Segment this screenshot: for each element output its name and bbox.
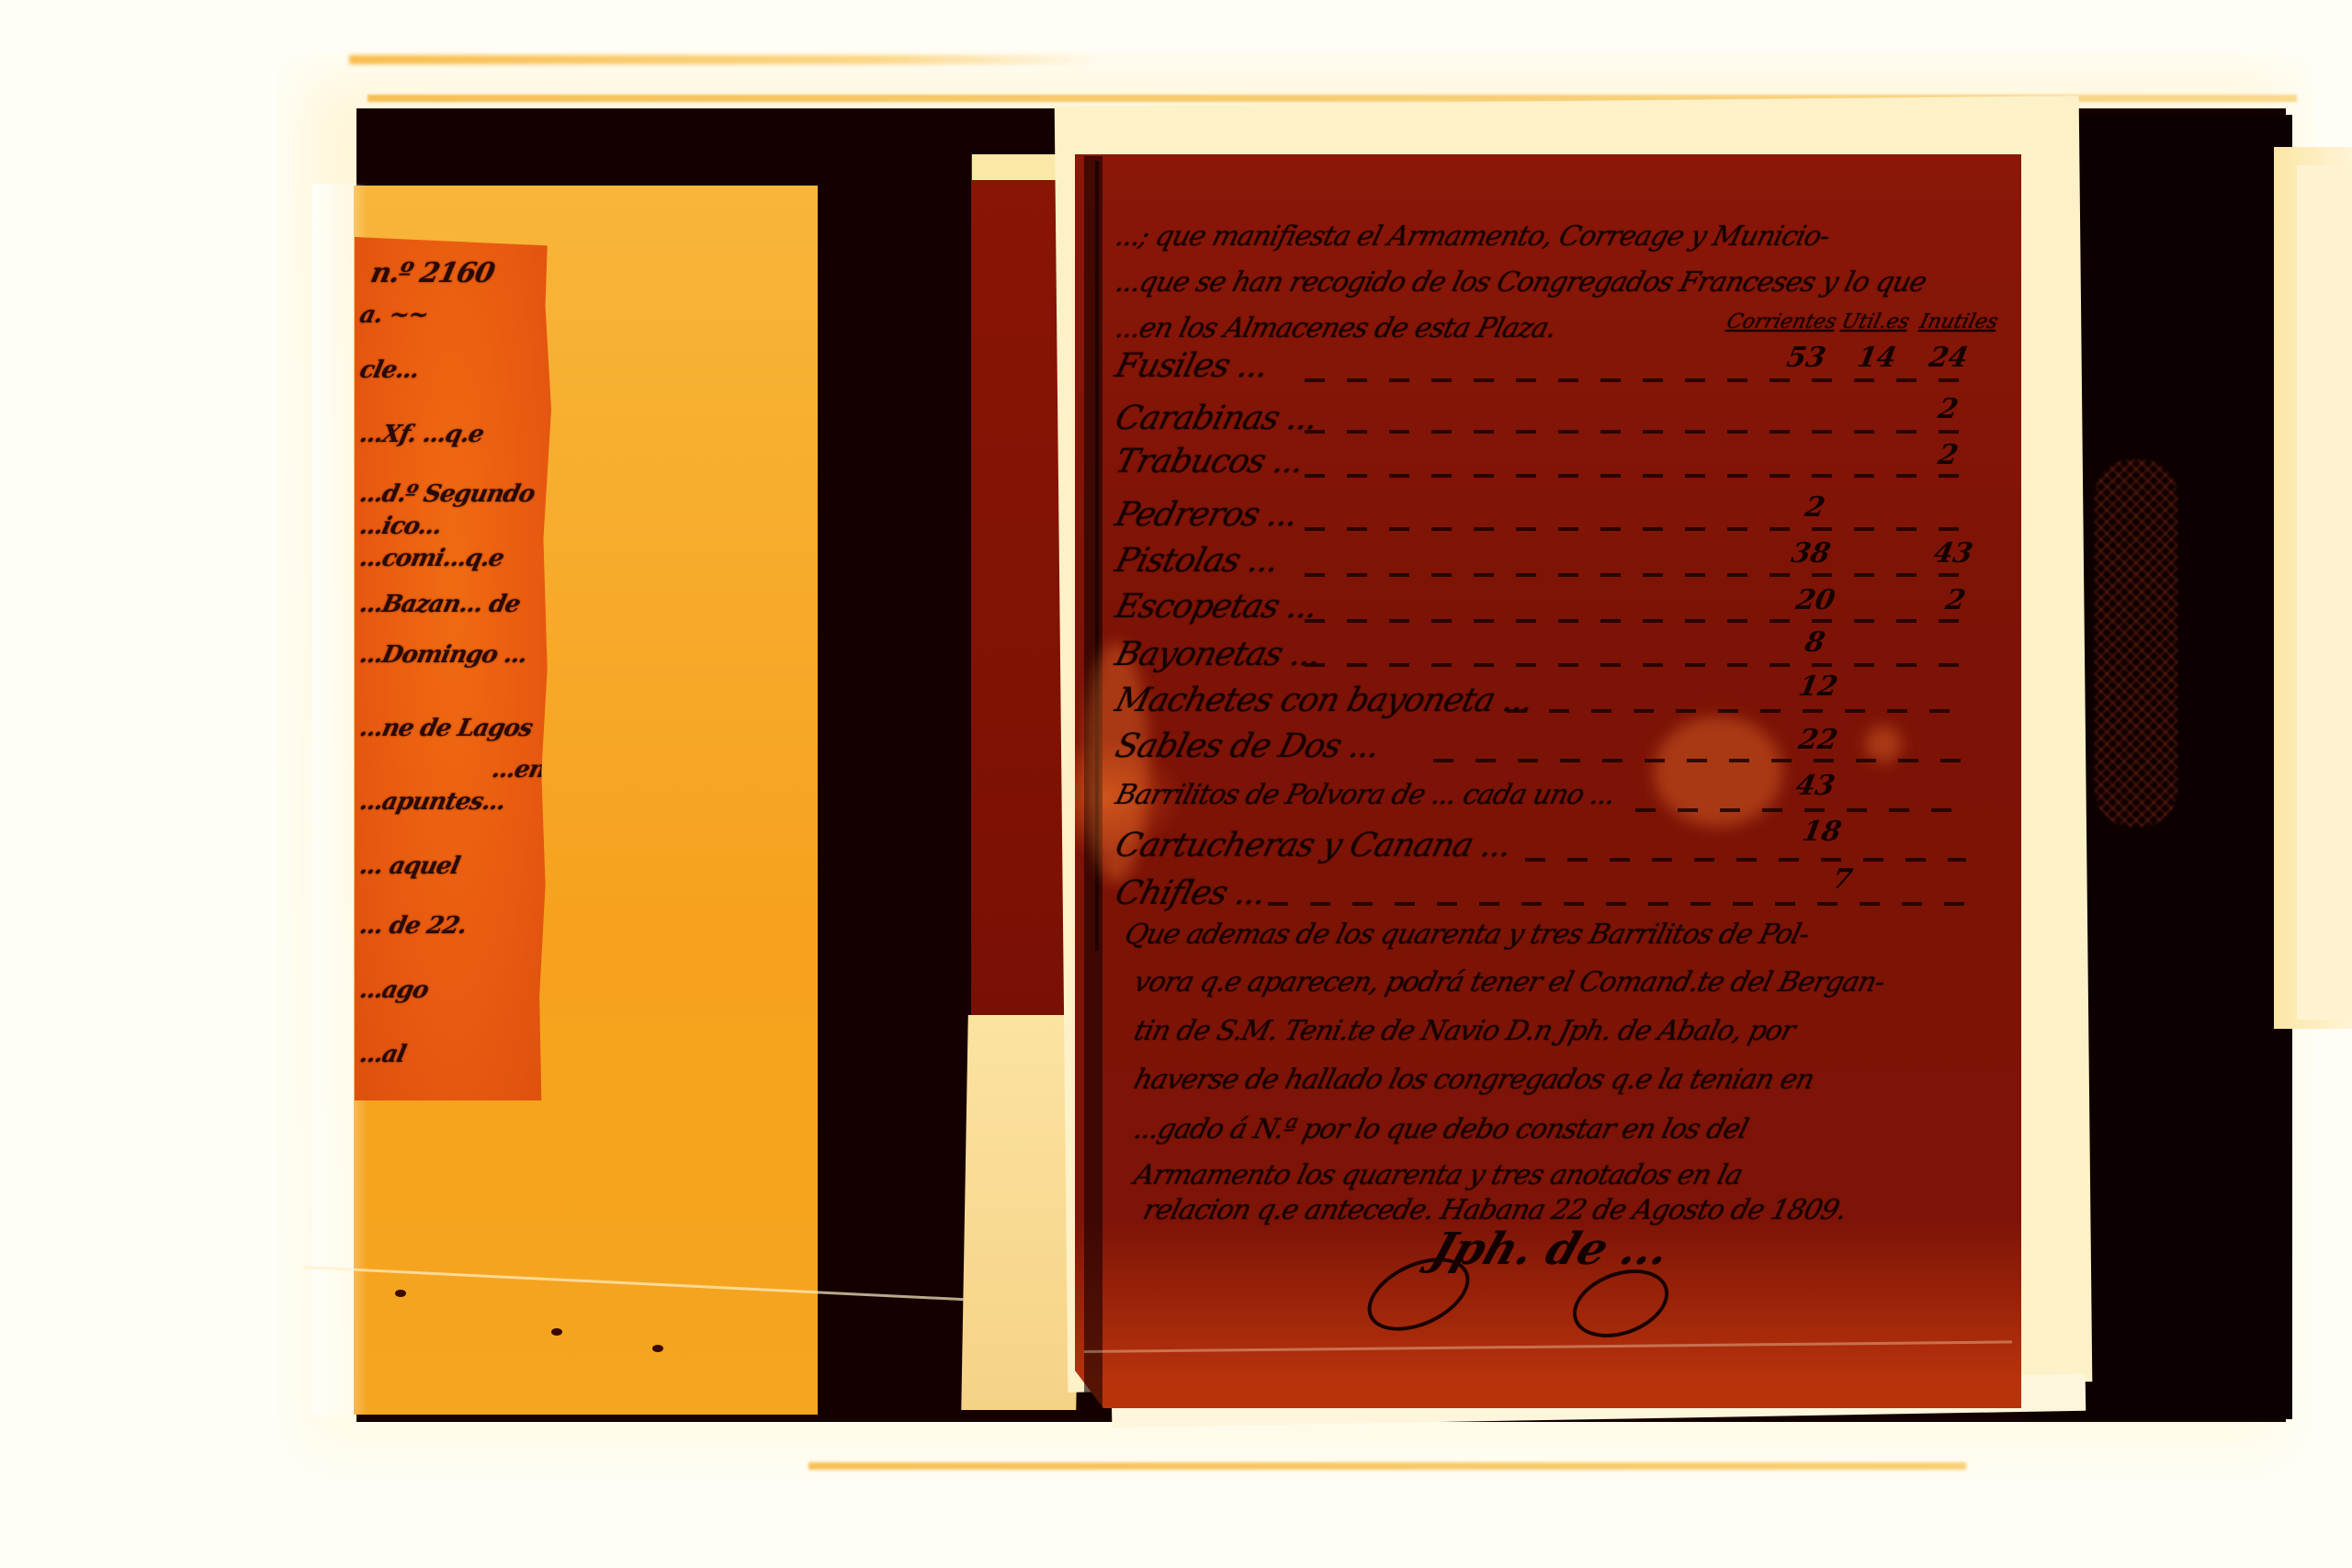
ledger-item: Barrilitos de Polvora de ... cada uno ..… — [1113, 779, 1619, 811]
ledger-item: Bayonetas ... — [1112, 636, 1325, 673]
mount-edge-top — [349, 55, 1102, 64]
leader-dots — [1635, 808, 1966, 812]
fragment-line: n.º 2160 — [367, 257, 497, 289]
closing-line: haverse de hallado los congregados q.e l… — [1131, 1064, 1817, 1096]
ledger-item: Carabinas ... — [1112, 400, 1321, 437]
leader-dots — [1507, 709, 1966, 713]
pin-hole — [551, 1328, 562, 1336]
intro-line: ...en los Almacenes de esta Plaza. — [1113, 312, 1560, 344]
stain — [1865, 726, 1902, 762]
intro-line: ...que se han recogido de los Congregado… — [1113, 266, 1929, 299]
leader-dots — [1305, 573, 1966, 577]
leader-dots — [1305, 527, 1966, 531]
ledger-item: Trabucos ... — [1112, 443, 1307, 480]
ledger-inutiles: 24 — [1927, 342, 1971, 374]
fragment-line: ...ago — [357, 976, 431, 1004]
ledger-corrientes: 38 — [1789, 537, 1833, 570]
closing-line: relacion q.e antecede. Habana 22 de Agos… — [1140, 1194, 1850, 1226]
fragment-line: ... aquel — [357, 852, 462, 880]
fragment-line: ...Domingo ... — [357, 641, 529, 669]
ledger-inutiles: 43 — [1931, 537, 1975, 570]
ledger-corrientes: 18 — [1800, 816, 1844, 848]
ledger-item: Pedreros ... — [1112, 496, 1302, 534]
fabric-mesh-texture — [2095, 459, 2177, 827]
column-header-inutiles: Inutiles — [1917, 310, 2000, 333]
ledger-corrientes: 22 — [1796, 724, 1840, 756]
leader-dots — [1433, 759, 1966, 762]
leader-dots — [1305, 378, 1966, 382]
fragment-line: a. ~~ — [357, 301, 431, 329]
closing-line: tin de S.M. Teni.te de Navio D.n Jph. de… — [1131, 1015, 1798, 1047]
intro-line: ...; que manifiesta el Armamento, Correa… — [1113, 220, 1833, 253]
ledger-item: Chifles ... — [1112, 874, 1270, 912]
ledger-corrientes: 20 — [1793, 584, 1837, 616]
fragment-line: ... de 22. — [357, 912, 469, 940]
fragment-line: cle... — [357, 356, 422, 384]
fragment-line: ...comi...q.e — [357, 545, 506, 572]
ledger-item: Pistolas ... — [1112, 542, 1283, 580]
adjacent-sheet-edge-inner — [2297, 165, 2352, 1020]
handwritten-fragment: n.º 2160 a. ~~ cle... ...Xf. ...q.e ...d… — [355, 237, 551, 1100]
fragment-line: ...Bazan... de — [357, 591, 523, 618]
closing-line: Que ademas de los quarenta y tres Barril… — [1122, 919, 1813, 951]
ledger-item: Cartucheras y Canana ... — [1112, 827, 1515, 864]
fragment-line: ...Xf. ...q.e — [357, 421, 486, 448]
mount-edge-bottom — [808, 1462, 1966, 1470]
pin-hole — [395, 1290, 406, 1297]
closing-line: vora q.e aparecen, podrá tener el Comand… — [1131, 966, 1888, 998]
column-header-corrientes: Corrientes — [1724, 310, 1839, 333]
ledger-item: Sables de Dos ... — [1112, 728, 1384, 765]
ledger-corrientes: 12 — [1796, 671, 1840, 703]
closing-line: ...gado á N.ª por lo que debo constar en… — [1131, 1113, 1751, 1145]
fragment-line: ...al — [357, 1041, 408, 1068]
leader-dots — [1268, 902, 1966, 906]
fragment-line: ...ne de Lagos — [357, 715, 535, 742]
leader-dots — [1305, 430, 1966, 434]
ledger-item: Machetes con bayoneta ... — [1112, 682, 1537, 719]
leader-dots — [1525, 858, 1966, 862]
ledger-corrientes: 53 — [1784, 342, 1828, 374]
fragment-line: ...apuntes... — [357, 788, 508, 816]
ledger-utiles: 14 — [1855, 342, 1899, 374]
ledger-item: Escopetas ... — [1112, 588, 1321, 626]
fragment-line: ...d.º Segundo — [357, 480, 537, 508]
leader-dots — [1305, 619, 1966, 623]
ledger-item: Fusiles ... — [1112, 347, 1272, 385]
fragment-line: ...en — [490, 756, 548, 784]
pin-hole — [652, 1345, 663, 1352]
leader-dots — [1305, 663, 1966, 667]
leader-dots — [1305, 474, 1966, 478]
fragment-line: ...ico... — [357, 513, 444, 540]
column-header-utiles: Util.es — [1839, 310, 1912, 333]
ledger-corrientes: 43 — [1793, 770, 1837, 802]
closing-line: Armamento los quarenta y tres anotados e… — [1131, 1159, 1746, 1191]
